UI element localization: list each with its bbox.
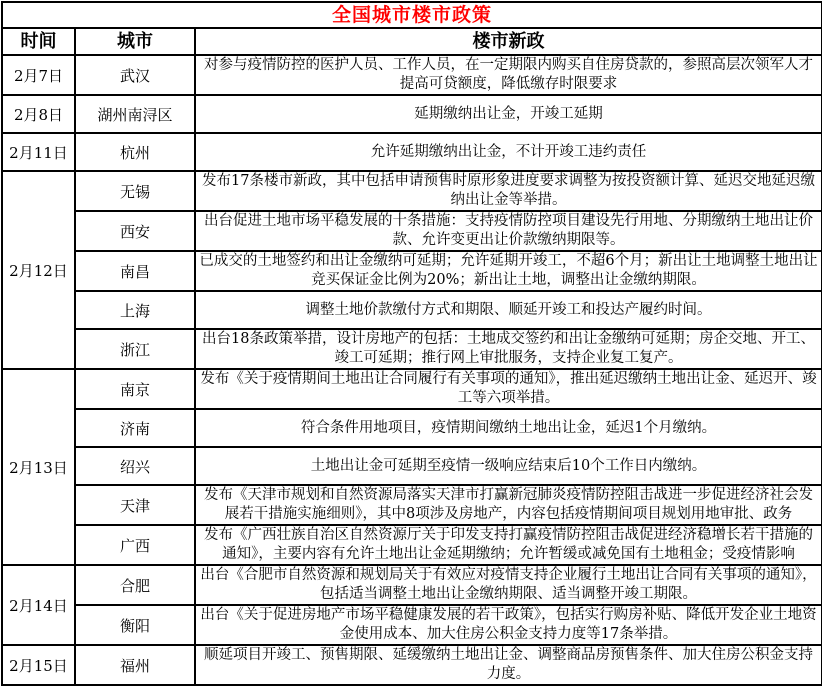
table-row: 2月11日杭州允许延期缴纳出让金，不计开竣工违约责任 [2,133,822,171]
table-row: 绍兴土地出让金可延期至疫情一级响应结束后10个工作日内缴纳。 [2,447,822,485]
policy-cell: 出台促进土地市场平稳发展的十条措施：支持疫情防控项目建设先行用地、分期缴纳土地出… [195,211,822,251]
date-cell: 2月14日 [2,565,75,645]
table-row: 2月14日合肥出台《合肥市自然资源和规划局关于有效应对疫情支持企业履行土地出让合… [2,565,822,605]
table-row: 2月12日无锡发布17条楼市新政，其中包括申请预售时原形象进度要求调整为按投资额… [2,171,822,211]
city-cell: 合肥 [75,565,195,605]
city-cell: 南昌 [75,251,195,291]
city-cell: 南京 [75,369,195,409]
city-cell: 济南 [75,409,195,447]
date-cell: 2月15日 [2,645,75,685]
table-row: 2月15日福州顺延项目开竣工、预售期限、延缓缴纳土地出让金、调整商品房预售条件、… [2,645,822,685]
city-cell: 绍兴 [75,447,195,485]
column-header-time: 时间 [2,28,75,55]
page-title: 全国城市楼市政策 [2,2,822,28]
policy-cell: 发布17条楼市新政，其中包括申请预售时原形象进度要求调整为按投资额计算、延迟交地… [195,171,822,211]
city-cell: 无锡 [75,171,195,211]
table-row: 西安出台促进土地市场平稳发展的十条措施：支持疫情防控项目建设先行用地、分期缴纳土… [2,211,822,251]
table-row: 浙江出台18条政策举措，设计房地产的包括：土地成交签约和出让金缴纳可延期；房企交… [2,329,822,369]
policy-cell: 出台18条政策举措，设计房地产的包括：土地成交签约和出让金缴纳可延期；房企交地、… [195,329,822,369]
date-cell: 2月13日 [2,369,75,565]
policy-cell: 调整土地价款缴付方式和期限、顺延开竣工和投达产履约时间。 [195,291,822,329]
table-row: 衡阳出台《关于促进房地产市场平稳健康发展的若干政策》，包括实行购房补贴、降低开发… [2,605,822,645]
city-cell: 湖州南浔区 [75,95,195,133]
date-cell: 2月12日 [2,171,75,369]
table-row: 天津发布《天津市规划和自然资源局落实天津市打赢新冠肺炎疫情防控阻击战进一步促进经… [2,485,822,525]
policy-cell: 发布《天津市规划和自然资源局落实天津市打赢新冠肺炎疫情防控阻击战进一步促进经济社… [195,485,822,525]
policy-cell: 发布《广西壮族自治区自然资源厅关于印发支持打赢疫情防控阻击战促进经济稳增长若干措… [195,525,822,565]
policy-cell: 允许延期缴纳出让金，不计开竣工违约责任 [195,133,822,171]
table-row: 上海调整土地价款缴付方式和期限、顺延开竣工和投达产履约时间。 [2,291,822,329]
policy-cell: 已成交的土地签约和出让金缴纳可延期；允许延期开竣工，不超6个月；新出让土地调整土… [195,251,822,291]
policy-sheet: 全国城市楼市政策 时间 城市 楼市新政 2月7日武汉对参与疫情防控的医护人员、工… [0,0,822,696]
policy-table: 全国城市楼市政策 时间 城市 楼市新政 2月7日武汉对参与疫情防控的医护人员、工… [1,1,822,686]
date-cell: 2月7日 [2,55,75,95]
table-row: 2月13日南京发布《关于疫情期间土地出让合同履行有关事项的通知》，推出延迟缴纳土… [2,369,822,409]
policy-cell: 符合条件用地项目，疫情期间缴纳土地出让金，延迟1个月缴纳。 [195,409,822,447]
table-row: 南昌已成交的土地签约和出让金缴纳可延期；允许延期开竣工，不超6个月；新出让土地调… [2,251,822,291]
table-row: 济南符合条件用地项目，疫情期间缴纳土地出让金，延迟1个月缴纳。 [2,409,822,447]
city-cell: 西安 [75,211,195,251]
date-cell: 2月8日 [2,95,75,133]
policy-cell: 顺延项目开竣工、预售期限、延缓缴纳土地出让金、调整商品房预售条件、加大住房公积金… [195,645,822,685]
city-cell: 浙江 [75,329,195,369]
city-cell: 杭州 [75,133,195,171]
policy-cell: 对参与疫情防控的医护人员、工作人员，在一定期限内购买自住房贷款的，参照高层次领军… [195,55,822,95]
city-cell: 天津 [75,485,195,525]
policy-cell: 延期缴纳出让金，开竣工延期 [195,95,822,133]
policy-cell: 出台《合肥市自然资源和规划局关于有效应对疫情支持企业履行土地出让合同有关事项的通… [195,565,822,605]
policy-cell: 土地出让金可延期至疫情一级响应结束后10个工作日内缴纳。 [195,447,822,485]
table-row: 2月7日武汉对参与疫情防控的医护人员、工作人员，在一定期限内购买自住房贷款的，参… [2,55,822,95]
table-body: 2月7日武汉对参与疫情防控的医护人员、工作人员，在一定期限内购买自住房贷款的，参… [2,55,822,685]
city-cell: 福州 [75,645,195,685]
city-cell: 衡阳 [75,605,195,645]
city-cell: 武汉 [75,55,195,95]
column-header-policy: 楼市新政 [195,28,822,55]
policy-cell: 出台《关于促进房地产市场平稳健康发展的若干政策》，包括实行购房补贴、降低开发企业… [195,605,822,645]
policy-cell: 发布《关于疫情期间土地出让合同履行有关事项的通知》，推出延迟缴纳土地出让金、延迟… [195,369,822,409]
city-cell: 上海 [75,291,195,329]
column-header-city: 城市 [75,28,195,55]
city-cell: 广西 [75,525,195,565]
table-head: 全国城市楼市政策 时间 城市 楼市新政 [2,2,822,55]
header-row: 时间 城市 楼市新政 [2,28,822,55]
title-row: 全国城市楼市政策 [2,2,822,28]
table-row: 广西发布《广西壮族自治区自然资源厅关于印发支持打赢疫情防控阻击战促进经济稳增长若… [2,525,822,565]
date-cell: 2月11日 [2,133,75,171]
table-row: 2月8日湖州南浔区延期缴纳出让金，开竣工延期 [2,95,822,133]
